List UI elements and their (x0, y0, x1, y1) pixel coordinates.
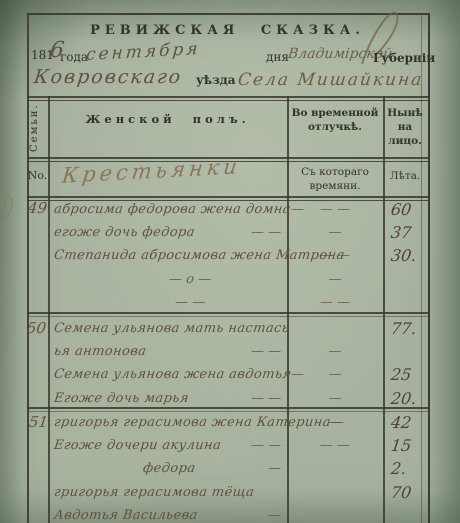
absence-dash: — — (286, 248, 384, 263)
pen-dash: — — (250, 438, 282, 453)
day-label: дня (266, 50, 289, 64)
rule-header-top-2 (27, 100, 428, 101)
pen-dash: — (267, 508, 282, 523)
census-line: Семена ульянова мать настась 77. (48, 317, 428, 340)
person-name: Авдотья Васильева (53, 508, 199, 523)
family-49-section: абросима федорова жена домна— — — 60 его… (48, 198, 428, 314)
age-value: 15 (382, 436, 429, 455)
absence-dash: — (286, 225, 384, 240)
person-name: Семена ульянова мать настась (53, 321, 290, 336)
census-line: — — — — (48, 291, 428, 314)
person-name: Семена ульянова жена авдотья (53, 367, 292, 382)
age-value: 2. (382, 459, 429, 478)
province-label: Губерніи (373, 51, 435, 65)
age-value: 70 (382, 483, 429, 502)
pen-dash: — — (174, 295, 206, 310)
age-value: 60 (382, 200, 429, 219)
family-column-header: Семьи. (29, 101, 46, 155)
census-line: федора— 2. (48, 457, 428, 480)
age-value: 25 (382, 365, 429, 384)
census-line: Егоже дочь марья— — — 20. (48, 387, 428, 410)
age-value: 77. (382, 319, 429, 338)
absence-dash: — (286, 272, 384, 287)
pen-dash: — (267, 461, 282, 476)
age-value: 37 (382, 223, 429, 242)
absence-dash: — (286, 344, 384, 359)
census-line: — о — — (48, 268, 428, 291)
female-sex-column-header: Женской полъ. (48, 112, 287, 126)
pen-dash: — — (250, 344, 282, 359)
year-suffix-label: года (60, 50, 88, 64)
family-number: 49 (27, 199, 48, 217)
document-title: РЕВИЖСКАЯ СКАЗКА. (27, 23, 428, 38)
margin-pen-curl-icon (0, 192, 26, 224)
census-line: Егоже дочери акулина— — — — 15 (48, 434, 428, 457)
census-line: Авдотья Васильева— (48, 504, 428, 523)
age-value: 30. (382, 246, 429, 265)
census-line: ья антонова— — — (48, 340, 428, 363)
person-name: абросима федорова жена домна (53, 202, 292, 217)
absence-dash: — — (286, 438, 384, 453)
person-name: егоже дочь федора (53, 225, 196, 240)
census-line: григорья герасимова тёща 70 (48, 481, 428, 504)
absence-dash: — — (286, 202, 384, 217)
pen-dash: — — (250, 225, 282, 240)
uyezd-label: уѣзда (196, 73, 236, 87)
family-number: 50 (26, 319, 47, 337)
uyezd-handwritten: Ковровскаго (33, 66, 184, 88)
rule-header-top (27, 96, 428, 98)
person-name: григорья герасимова тёща (53, 485, 255, 500)
person-name: ья антонова (53, 344, 147, 359)
family-51-section: григорья герасимова жена Катерина— — 42 … (48, 411, 428, 523)
absence-dash: — (286, 391, 384, 406)
age-value: 42 (382, 413, 429, 432)
no-column-header: No. (27, 169, 48, 182)
person-name: Егоже дочери акулина (53, 438, 222, 453)
census-line: егоже дочь федора— — — 37 (48, 221, 428, 244)
family-50-section: Семена ульянова мать настась 77. ья анто… (48, 317, 428, 410)
census-line: абросима федорова жена домна— — — 60 (48, 198, 428, 221)
temporary-absence-column-header: Во временной отлучкѣ. (288, 106, 382, 134)
person-name: Егоже дочь марья (53, 391, 190, 406)
since-when-column-header: Съ котораго времяни. (288, 165, 382, 193)
family-number: 51 (28, 413, 49, 431)
absence-dash: — (286, 415, 384, 430)
pen-dash: — о — (168, 272, 212, 287)
pen-dash: — — (250, 391, 282, 406)
census-line: григорья герасимова жена Катерина— — 42 (48, 411, 428, 434)
absence-dash: — — (286, 295, 384, 310)
scanned-census-page: РЕВИЖСКАЯ СКАЗКА. 181 6 года сентября дн… (0, 0, 460, 523)
now-present-column-header: Нынѣ на лицо. (384, 106, 426, 149)
absence-dash: — (286, 367, 384, 382)
age-value: 20. (382, 389, 429, 408)
age-column-header: Лѣта. (384, 169, 426, 183)
census-line: Степанида абросимова жена Матрона — — 30… (48, 244, 428, 267)
person-name: федора (142, 461, 196, 476)
census-line: Семена ульянова жена авдотья— — 25 (48, 363, 428, 386)
place-handwritten: Села Мишайкина (237, 70, 425, 90)
